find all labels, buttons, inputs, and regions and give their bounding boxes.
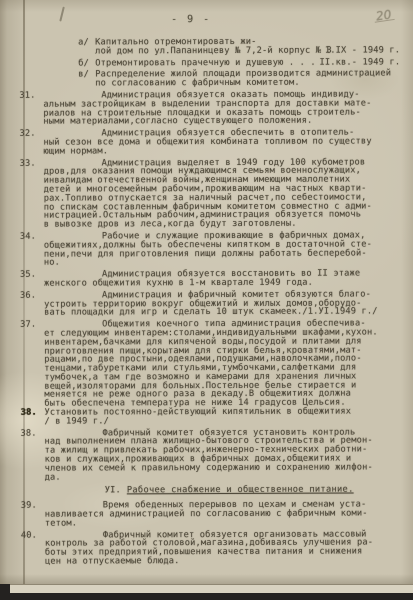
paragraph-text: Администрация выделяет в 1949 году 100 к… bbox=[44, 158, 401, 230]
pencil-stroke-mark bbox=[59, 7, 65, 22]
margin-number-34: 34. bbox=[20, 233, 36, 242]
subitem-date: 1.IX - 1949 г. bbox=[325, 46, 400, 55]
subitem-date: II.кв.- 1949 г. bbox=[319, 58, 400, 67]
subitem-v: в/ Распределение жилой площади производи… bbox=[95, 70, 400, 89]
paragraph-35: 35. Администрация обязуется восстановить… bbox=[44, 270, 401, 289]
paragraph-36: 36. Администрация и фабричный комитет об… bbox=[44, 290, 401, 318]
paragraph-37: 37. 38. Общежития коечного типа админист… bbox=[44, 319, 401, 426]
scanned-document-page: - 9 - 20 а/ Капитально отремонтировать ж… bbox=[0, 0, 413, 600]
margin-number-38: 38. bbox=[20, 429, 36, 438]
subitem-label: а/ bbox=[78, 38, 89, 47]
paper-sheet: - 9 - 20 а/ Капитально отремонтировать ж… bbox=[0, 0, 413, 584]
margin-number-40: 40. bbox=[21, 531, 37, 540]
subitem-a: а/ Капитально отремонтировать жи- лой до… bbox=[95, 37, 400, 56]
paragraph-text: Фабричный комитет обязуется организовать… bbox=[45, 530, 402, 566]
paragraph-text: Рабочие и служащие проживающие в фабричн… bbox=[44, 231, 401, 267]
paragraph-32: 32. Администрация обязуется обеспечить в… bbox=[43, 129, 400, 157]
margin-number-36: 36. bbox=[20, 291, 36, 300]
section-heading-vi: УI.Рабочее снабжение и общественное пита… bbox=[105, 486, 402, 496]
page-header: - 9 - 20 bbox=[43, 5, 400, 38]
margin-number-37: 37. bbox=[20, 321, 36, 330]
margin-number-31: 31. bbox=[19, 92, 35, 101]
margin-mark-overstruck-38: 38. bbox=[20, 409, 36, 418]
margin-number-39: 39. bbox=[21, 502, 37, 511]
margin-number-35: 35. bbox=[20, 271, 36, 280]
margin-number-33: 33. bbox=[20, 159, 36, 168]
underlying-page-edge bbox=[10, 584, 413, 593]
subitem-label: б/ bbox=[78, 59, 89, 68]
paragraph-34: 34. Рабочие и служащие проживающие в фаб… bbox=[44, 231, 401, 267]
pencil-handwritten-note: 20 bbox=[374, 10, 395, 22]
subitem-label: в/ bbox=[78, 71, 89, 80]
paragraph-text: Общежития коечного типа администрация об… bbox=[44, 319, 401, 426]
paragraph-text: Администрация обязуется восстановить во … bbox=[44, 270, 401, 289]
paragraph-33: 33. Администрация выделяет в 1949 году 1… bbox=[44, 158, 401, 230]
paragraph-38: 38. Фабричный комитет обязуется установи… bbox=[44, 428, 401, 482]
section-number: УI. bbox=[105, 486, 121, 496]
paragraph-text: Фабричный комитет обязуется установить к… bbox=[44, 428, 401, 482]
paragraph-text: Администрация обязуется оказать помощь и… bbox=[43, 90, 400, 126]
paragraph-31: 31. Администрация обязуется оказать помо… bbox=[43, 90, 400, 126]
margin-number-32: 32. bbox=[19, 130, 35, 139]
subitem-text: Распределение жилой площади производится… bbox=[95, 70, 400, 89]
paragraph-39: 39. Время обеденных перерывов по цехам и… bbox=[45, 501, 402, 529]
page-number: - 9 - bbox=[171, 16, 211, 25]
paragraph-text: Администрация и фабричный комитет обязую… bbox=[44, 290, 401, 318]
subitem-b: б/ Отремонтировать прачечную и душевую .… bbox=[95, 58, 400, 68]
page-content: - 9 - 20 а/ Капитально отремонтировать ж… bbox=[43, 5, 402, 569]
paragraph-text: Время обеденных перерывов по цехам и сме… bbox=[45, 501, 402, 529]
paragraph-40: 40. Фабричный комитет обязуется организо… bbox=[45, 530, 402, 566]
paragraph-text: Администрация обязуется обеспечить в ото… bbox=[43, 129, 400, 157]
section-title: Рабочее снабжение и общественное питание… bbox=[127, 485, 354, 496]
